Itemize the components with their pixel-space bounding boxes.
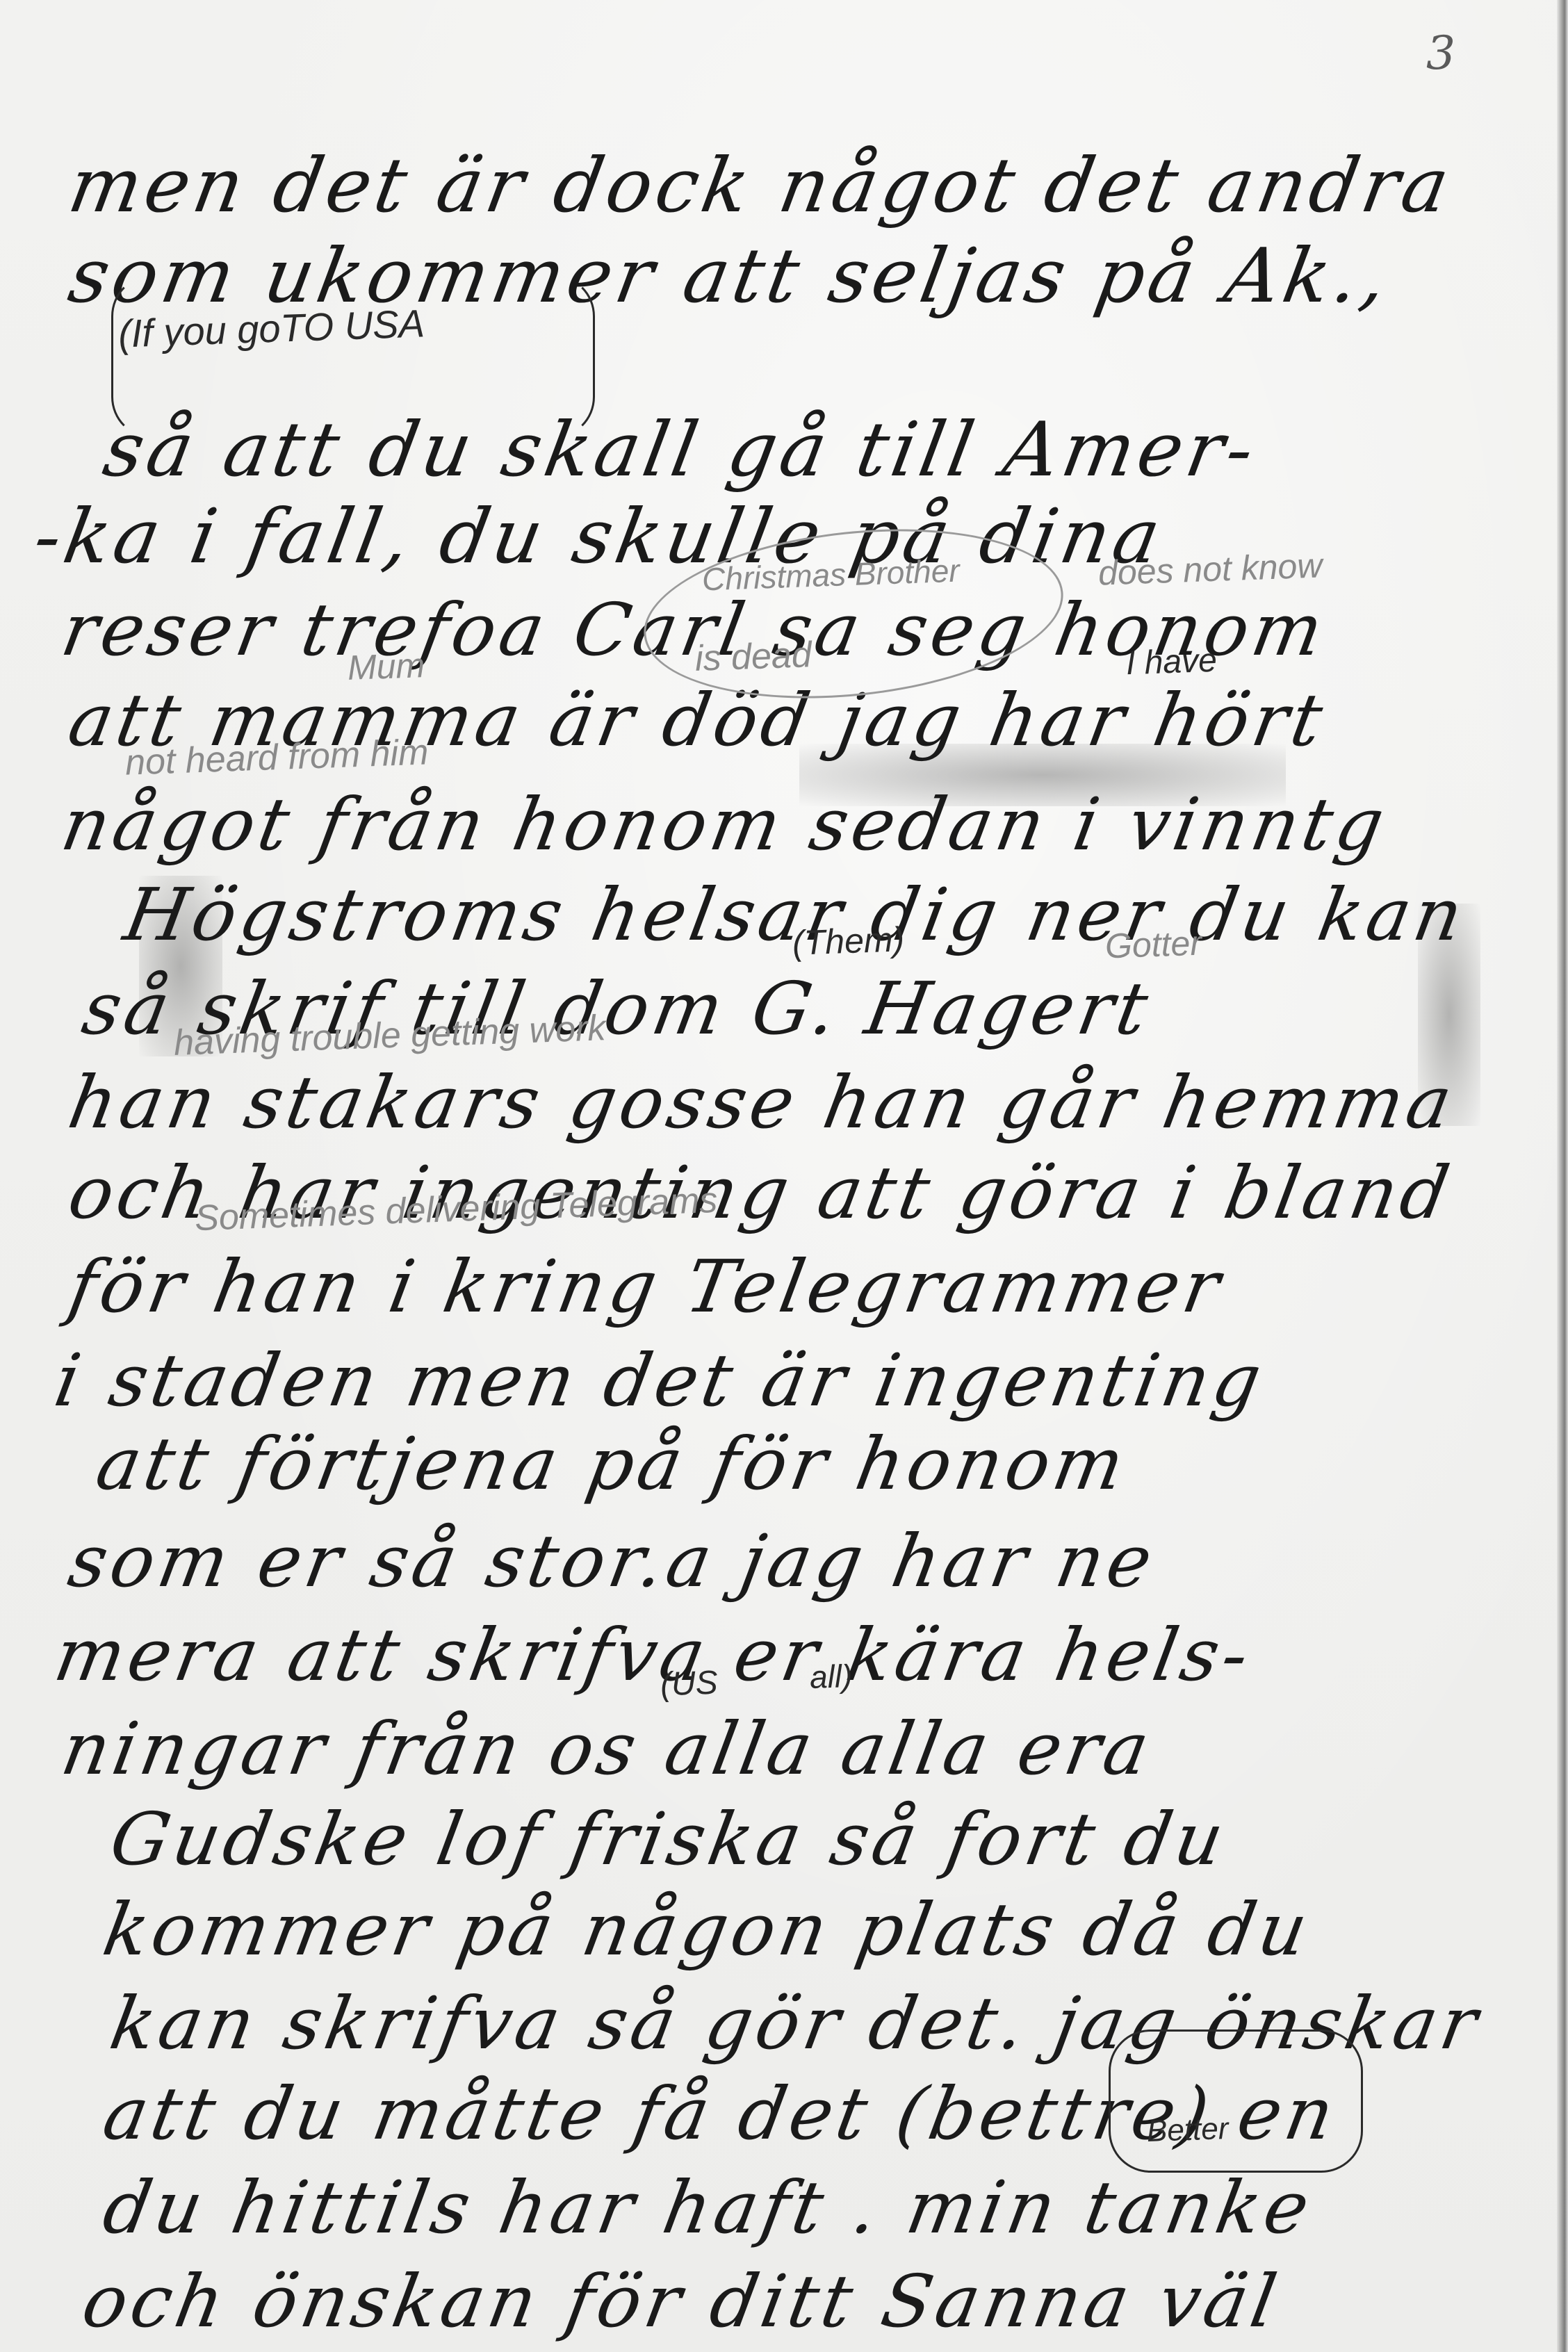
annotation-i-have: I have bbox=[1125, 642, 1218, 683]
annotation-all: all) bbox=[809, 1657, 853, 1696]
annotation-us: (US bbox=[660, 1664, 719, 1704]
annotation-bracket bbox=[111, 275, 595, 439]
handwritten-line: mera att skrifva er kära hels- bbox=[49, 1612, 1259, 1697]
annotation-does-not-know: does not know bbox=[1097, 545, 1323, 593]
annotation-gotter: Gotter bbox=[1104, 923, 1202, 967]
handwritten-line: för han i kring Telegrammer bbox=[63, 1244, 1230, 1329]
handwritten-line: och önskan för ditt Sanna väl bbox=[76, 2259, 1287, 2344]
handwritten-line: att förtjena på för honom bbox=[90, 1421, 1134, 1506]
handwritten-line: i staden men det är ingenting bbox=[49, 1338, 1271, 1423]
handwritten-line: ningar från os alla alla era bbox=[56, 1706, 1159, 1791]
handwritten-line: något från honom sedan i vinntg bbox=[56, 782, 1394, 867]
handwritten-line: du hittils har haft . min tanke bbox=[97, 2165, 1319, 2250]
annotation-mum: Mum bbox=[347, 645, 425, 688]
page-edge-shadow bbox=[1557, 0, 1568, 2352]
handwritten-line: han stakars gosse han går hemma bbox=[63, 1060, 1462, 1145]
annotation-bracket-better bbox=[1109, 2030, 1363, 2173]
handwritten-line: Gudske lof friska så fort du bbox=[104, 1797, 1234, 1881]
page-number: 3 bbox=[1426, 26, 1455, 80]
annotation-is-dead: is dead bbox=[694, 634, 812, 680]
handwritten-line: kommer på någon plats då du bbox=[97, 1887, 1318, 1972]
annotation-them: (Them) bbox=[792, 919, 905, 963]
handwritten-line: men det är dock något det andra bbox=[63, 142, 1460, 229]
handwritten-line: som er så stor.a jag har ne bbox=[63, 1519, 1162, 1603]
letter-page: 3 men det är dock något det andra som uk… bbox=[0, 0, 1568, 2352]
annotation-better: Better bbox=[1146, 2112, 1229, 2149]
